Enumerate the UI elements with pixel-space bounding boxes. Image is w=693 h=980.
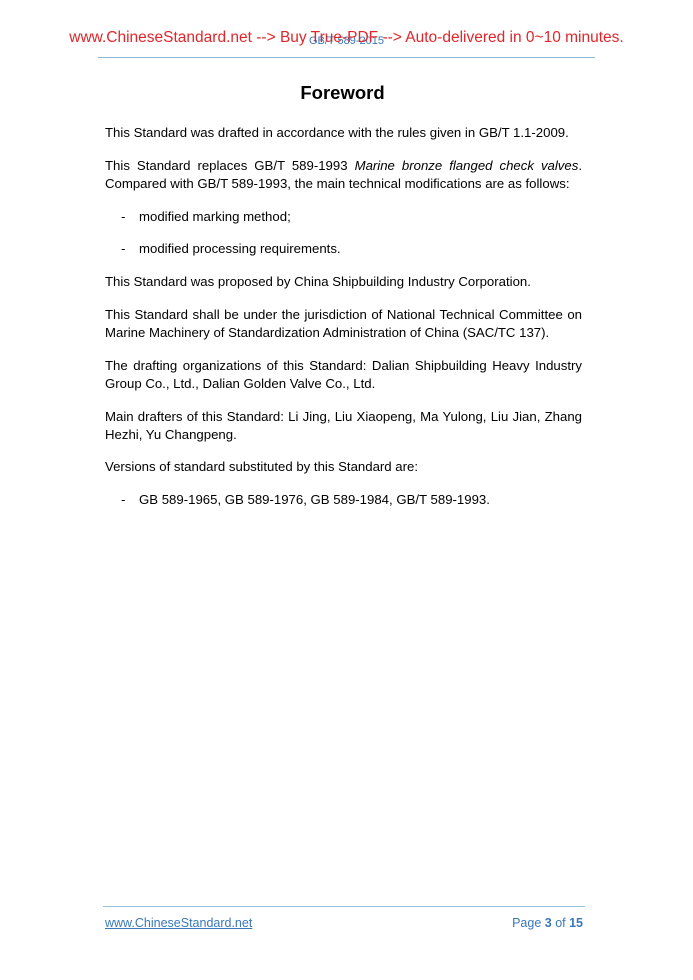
total-pages: 15 <box>569 916 583 930</box>
paragraph-drafting-organizations: The drafting organizations of this Stand… <box>105 357 582 393</box>
bullet-dash: - <box>121 491 125 509</box>
current-page: 3 <box>545 916 552 930</box>
header-divider <box>98 57 595 58</box>
paragraph-jurisdiction: This Standard shall be under the jurisdi… <box>105 306 582 342</box>
page-of-label: of <box>552 916 569 930</box>
page-title: Foreword <box>0 82 685 104</box>
list-item: -modified processing requirements. <box>105 240 582 258</box>
footer-divider <box>103 906 585 907</box>
list-item: -modified marking method; <box>105 208 582 226</box>
version-text: GB 589-1965, GB 589-1976, GB 589-1984, G… <box>139 492 490 507</box>
paragraph-drafting-rules: This Standard was drafted in accordance … <box>105 124 582 142</box>
footer-site-link[interactable]: www.ChineseStandard.net <box>105 916 252 930</box>
foreword-body: This Standard was drafted in accordance … <box>105 124 582 524</box>
promo-banner: www.ChineseStandard.net --> Buy True-PDF… <box>0 29 693 47</box>
modification-text: modified marking method; <box>139 209 291 224</box>
replaced-standard-title: Marine bronze flanged check valves <box>355 158 579 173</box>
page-number: Page 3 of 15 <box>512 916 583 930</box>
promo-delivery-text: Auto-delivered in 0~10 minutes. <box>405 29 623 46</box>
promo-site-link[interactable]: www.ChineseStandard.net <box>69 29 252 46</box>
paragraph-versions-intro: Versions of standard substituted by this… <box>105 458 582 476</box>
page-label: Page <box>512 916 545 930</box>
promo-separator: --> <box>378 29 405 46</box>
paragraph-main-drafters: Main drafters of this Standard: Li Jing,… <box>105 408 582 444</box>
list-item: -GB 589-1965, GB 589-1976, GB 589-1984, … <box>105 491 582 509</box>
buy-true-pdf-link[interactable]: Buy True-PDF <box>280 29 378 46</box>
paragraph-proposed-by: This Standard was proposed by China Ship… <box>105 273 582 291</box>
bullet-dash: - <box>121 240 125 258</box>
modification-text: modified processing requirements. <box>139 241 341 256</box>
paragraph-replaces: This Standard replaces GB/T 589-1993 Mar… <box>105 157 582 193</box>
bullet-dash: - <box>121 208 125 226</box>
promo-separator: --> <box>252 29 280 46</box>
replaces-text: This Standard replaces GB/T 589-1993 <box>105 158 355 173</box>
